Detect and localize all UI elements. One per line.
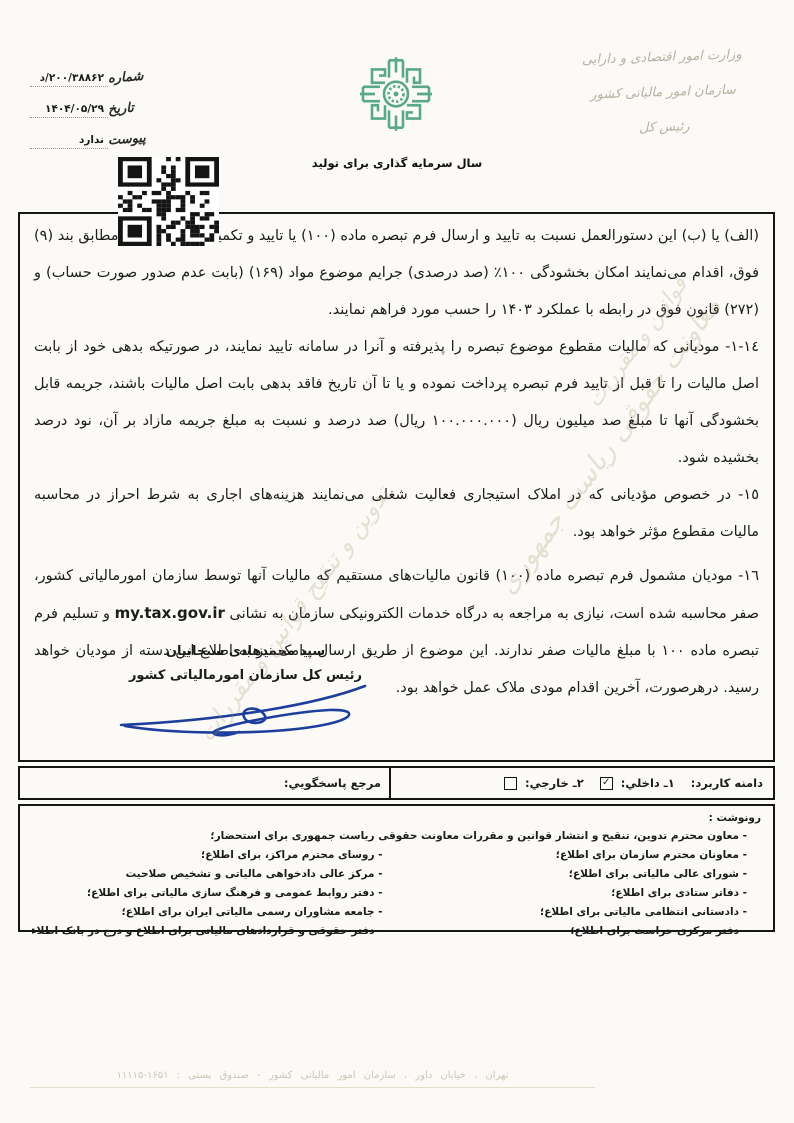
cc-item-full-width: - معاون محترم تدوین، تنقیح و انتشار قوان… — [32, 827, 761, 846]
cc-title: رونوشت : — [32, 809, 761, 827]
cc-grid: - معاونان محترم سازمان برای اطلاع؛ - شور… — [32, 846, 761, 941]
cc-item: - شورای عالی مالیاتی برای اطلاع؛ — [397, 865, 762, 884]
meta-row-date: تاریخ ۱۴۰۴/۰۵/۲۹ — [30, 87, 148, 118]
cc-item: - روسای محترم مراکز، برای اطلاع؛ — [32, 846, 397, 865]
footer-address: تهران ، خیابان داور ، سازمان امور مالیات… — [30, 1070, 595, 1088]
application-scope-cell: دامنه کاربرد: ۱ـ داخلي: ✓ ۲ـ خارجي: — [389, 768, 773, 798]
cc-item: - معاونان محترم سازمان برای اطلاع؛ — [397, 846, 762, 865]
response-reference-cell: مرجع پاسخگويي: — [20, 768, 389, 798]
cc-box: رونوشت : - معاون محترم تدوین، تنقیح و ان… — [18, 804, 775, 932]
p1-segment-a: (الف) یا (ب) این دستورالعمل نسبت به تایی… — [170, 218, 759, 255]
cc-item: - دفتر حقوقی و قراردادهای مالیاتی برای ا… — [32, 922, 397, 941]
cc-item: - مرکز عالی دادخواهی مالیاتی و تشخیص صلا… — [32, 865, 397, 884]
letterhead-calligraphy: وزارت امور اقتصادی و دارایی سازمان امور … — [556, 36, 770, 148]
attachment-value: ندارد — [30, 134, 108, 149]
signature-block: سید محمدهادی سبحانیان رئیس کل سازمان امو… — [108, 640, 383, 688]
internal-checkbox-checked: ✓ — [600, 777, 613, 790]
ministry-name: وزارت امور اقتصادی و دارایی — [556, 36, 767, 78]
cc-item: - دفاتر ستادی برای اطلاع؛ — [397, 884, 762, 903]
p1-segment-b: مطابق بند (۹) — [34, 218, 119, 255]
cc-item: - دفتر مرکزی حراست برای اطلاع؛ — [397, 922, 762, 941]
cc-item: - دفتر روابط عمومی و فرهنگ سازی مالیاتی … — [32, 884, 397, 903]
signatory-name: سید محمدهادی سبحانیان — [108, 640, 383, 664]
paragraph-14-1: ١٤-١- مودیانی که مالیات مقطوع موضوع تبصر… — [34, 329, 759, 477]
cc-item: - جامعه مشاوران رسمی مالیاتی ایران برای … — [32, 903, 397, 922]
number-label: شماره — [107, 69, 148, 89]
attachment-label: پیوست — [107, 131, 148, 151]
cc-item: - دادستانی انتظامی مالیاتی برای اطلاع؛ — [397, 903, 762, 922]
letter-body-box: (الف) یا (ب) این دستورالعمل نسبت به تایی… — [18, 212, 775, 762]
reference-label: مرجع پاسخگويي: — [284, 776, 381, 790]
date-label: تاریخ — [107, 100, 148, 120]
signatory-title: رئیس کل سازمان امورمالیاتی کشور — [108, 664, 383, 688]
internal-scope-option: ۱ـ داخلي: ✓ — [600, 776, 675, 790]
internal-label: ۱ـ داخلي: — [621, 776, 675, 790]
meta-row-attachment: پیوست ندارد — [30, 118, 148, 149]
tax-organization-logo-icon — [351, 48, 441, 140]
external-label: ۲ـ خارجي: — [525, 776, 584, 790]
qr-code — [118, 157, 219, 246]
date-value: ۱۴۰۴/۰۵/۲۹ — [30, 103, 108, 118]
document-meta-block: شماره ۲۰۰/۳۸۸۶۲/د تاریخ ۱۴۰۴/۰۵/۲۹ پیوست… — [30, 56, 148, 149]
office-name: رئیس کل — [559, 106, 770, 148]
external-checkbox-empty — [504, 777, 517, 790]
portal-url-text: my.tax.gov.ir — [115, 604, 225, 622]
scope-bar: دامنه کاربرد: ۱ـ داخلي: ✓ ۲ـ خارجي: مرجع… — [18, 766, 775, 800]
scope-label: دامنه کاربرد: — [691, 776, 763, 790]
meta-row-number: شماره ۲۰۰/۳۸۸۶۲/د — [30, 56, 148, 87]
year-slogan: سال سرمایه گذاری برای تولید — [297, 156, 497, 170]
paragraph-continuation-rest: فوق، اقدام می‌نمایند امکان بخشودگی ۱۰۰٪ … — [34, 255, 759, 329]
paragraph-15: ١٥- در خصوص مؤدیانی که در املاک استیجاری… — [34, 477, 759, 551]
scanned-letter-page: معاونت حقوقی ریاست جمهوری تدوین و تنقیح … — [0, 0, 794, 1123]
external-scope-option: ۲ـ خارجي: — [504, 776, 584, 790]
number-value: ۲۰۰/۳۸۸۶۲/د — [30, 72, 108, 87]
